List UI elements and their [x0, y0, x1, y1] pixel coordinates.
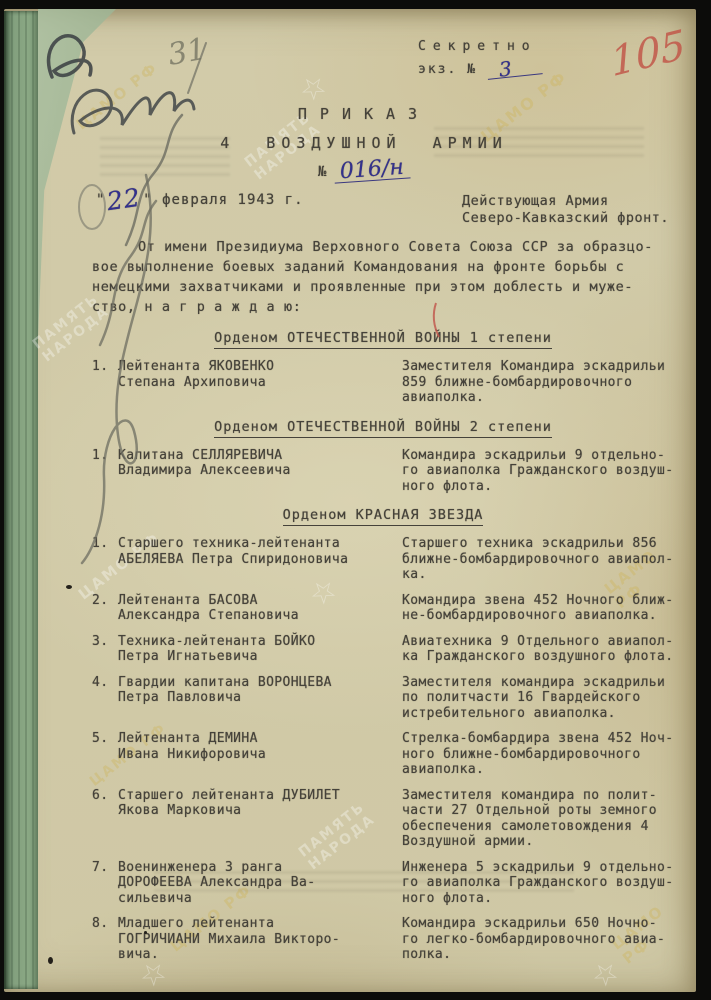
award-entry: 1. Лейтенанта ЯКОВЕНКО Степана Архипович…	[92, 359, 674, 406]
entry-position: Командира эскадрильи 650 Ночно- го легко…	[402, 916, 674, 963]
award-entry: 7. Военинженера 3 ранга ДОРОФЕЕВА Алекса…	[92, 860, 674, 907]
entry-position: Инженера 5 эскадрильи 9 отдельно- го ави…	[402, 860, 674, 907]
award-entry: 2. Лейтенанта БАСОВА Александра Степанов…	[92, 593, 674, 624]
watermark-star-icon: ☆	[292, 66, 335, 110]
award-entry: 1. Старшего техника-лейтенанта АБЕЛЯЕВА …	[92, 536, 674, 583]
entry-position: Авиатехника 9 Отдельного авиапол- ка Гра…	[402, 634, 674, 665]
order-number-handwritten: 016/н	[334, 158, 411, 183]
entry-number: 2.	[92, 593, 118, 624]
copy-number-handwritten: 3	[486, 58, 542, 80]
watermark-archive: ЦАМО РФ	[73, 59, 162, 134]
entry-position: Старшего техника эскадрильи 856 ближне-б…	[402, 536, 674, 583]
order-number-label: №	[318, 164, 326, 180]
entry-name: Старшего техника-лейтенанта АБЕЛЯЕВА Пет…	[118, 536, 402, 583]
preamble-paragraph: От имени Президиума Верховного Совета Со…	[92, 237, 674, 317]
award-entry: 6. Старшего лейтенанта ДУБИЛЕТ Якова Мар…	[92, 788, 674, 850]
section-heading-patriotic-war-1: Орденом ОТЕЧЕСТВЕННОЙ ВОЙНЫ 1 степени	[92, 330, 674, 346]
green-binding-strip	[4, 11, 38, 989]
award-entry: 5. Лейтенанта ДЕМИНА Ивана Никифоровича …	[92, 731, 674, 778]
entry-number: 4.	[92, 675, 118, 722]
entry-name: Гвардии капитана ВОРОНЦЕВА Петра Павлови…	[118, 675, 402, 722]
paper-speck	[144, 931, 147, 934]
section-heading-red-star: Орденом КРАСНАЯ ЗВЕЗДА	[92, 507, 674, 523]
entry-number: 3.	[92, 634, 118, 665]
entry-name: Младшего лейтенанта ГОГРИЧИАНИ Михаила В…	[118, 916, 402, 963]
entry-position: Стрелка-бомбардира звена 452 Ноч- ного б…	[402, 731, 674, 778]
entry-position: Заместителя Командира эскадрильи 859 бли…	[402, 359, 674, 406]
entry-name: Лейтенанта БАСОВА Александра Степановича	[118, 593, 402, 624]
secrecy-label: Секретно	[418, 39, 542, 54]
entry-name: Капитана СЕЛЛЯРЕВИЧА Владимира Алексееви…	[118, 448, 402, 495]
document-scan: ЦАМО РФ ЦАМО РФ ☆ ПАМЯТЬ НАРОДА ПАМЯТЬ Н…	[4, 9, 696, 992]
order-body: От имени Президиума Верховного Совета Со…	[92, 237, 674, 973]
entry-number: 1.	[92, 359, 118, 406]
entry-number: 1.	[92, 448, 118, 495]
paper-speck	[66, 585, 72, 589]
entry-name: Военинженера 3 ранга ДОРОФЕЕВА Александр…	[118, 860, 402, 907]
order-army-line: 4 ВОЗДУШНОЙ АРМИИ	[154, 134, 574, 152]
entry-position: Заместителя командира по полит- части 27…	[402, 788, 674, 850]
entry-number: 5.	[92, 731, 118, 778]
entry-number: 1.	[92, 536, 118, 583]
red-page-number: 105	[609, 22, 688, 87]
entry-position: Командира звена 452 Ночного ближ- не-бом…	[402, 593, 674, 624]
entry-name: Лейтенанта ЯКОВЕНКО Степана Архиповича	[118, 359, 402, 406]
award-entry: 4. Гвардии капитана ВОРОНЦЕВА Петра Павл…	[92, 675, 674, 722]
army-front-header: Действующая Армия Северо-Кавказский фрон…	[462, 193, 669, 227]
pencil-mark: 31	[165, 32, 209, 73]
entry-number: 8.	[92, 916, 118, 963]
paper-speck	[48, 957, 53, 964]
order-title: ПРИКАЗ 4 ВОЗДУШНОЙ АРМИИ №016/н	[154, 105, 574, 181]
entry-name: Старшего лейтенанта ДУБИЛЕТ Якова Марков…	[118, 788, 402, 850]
award-entry: 8. Младшего лейтенанта ГОГРИЧИАНИ Михаил…	[92, 916, 674, 963]
order-number-line: №016/н	[154, 161, 574, 181]
entry-position: Командира эскадрильи 9 отдельно- го авиа…	[402, 448, 674, 495]
entry-name: Лейтенанта ДЕМИНА Ивана Никифоровича	[118, 731, 402, 778]
secrecy-block: Секретно экз. № 3	[418, 39, 542, 77]
award-entry: 1. Капитана СЕЛЛЯРЕВИЧА Владимира Алексе…	[92, 448, 674, 495]
entry-position: Заместителя командира эскадрильи по поли…	[402, 675, 674, 722]
date-day-handwritten: 22	[106, 190, 142, 211]
section-heading-patriotic-war-2: Орденом ОТЕЧЕСТВЕННОЙ ВОЙНЫ 2 степени	[92, 419, 674, 435]
date-rest: " февраля 1943 г.	[143, 192, 303, 208]
entry-number: 7.	[92, 860, 118, 907]
entry-name: Техника-лейтенанта БОЙКО Петра Игнатьеви…	[118, 634, 402, 665]
award-entry: 3. Техника-лейтенанта БОЙКО Петра Игнать…	[92, 634, 674, 665]
entry-number: 6.	[92, 788, 118, 850]
copy-number-label: экз. №	[418, 62, 477, 77]
date-line: " 22 " февраля 1943 г.	[96, 192, 304, 208]
date-open-quote: "	[96, 192, 105, 208]
order-title-word: ПРИКАЗ	[154, 105, 574, 123]
